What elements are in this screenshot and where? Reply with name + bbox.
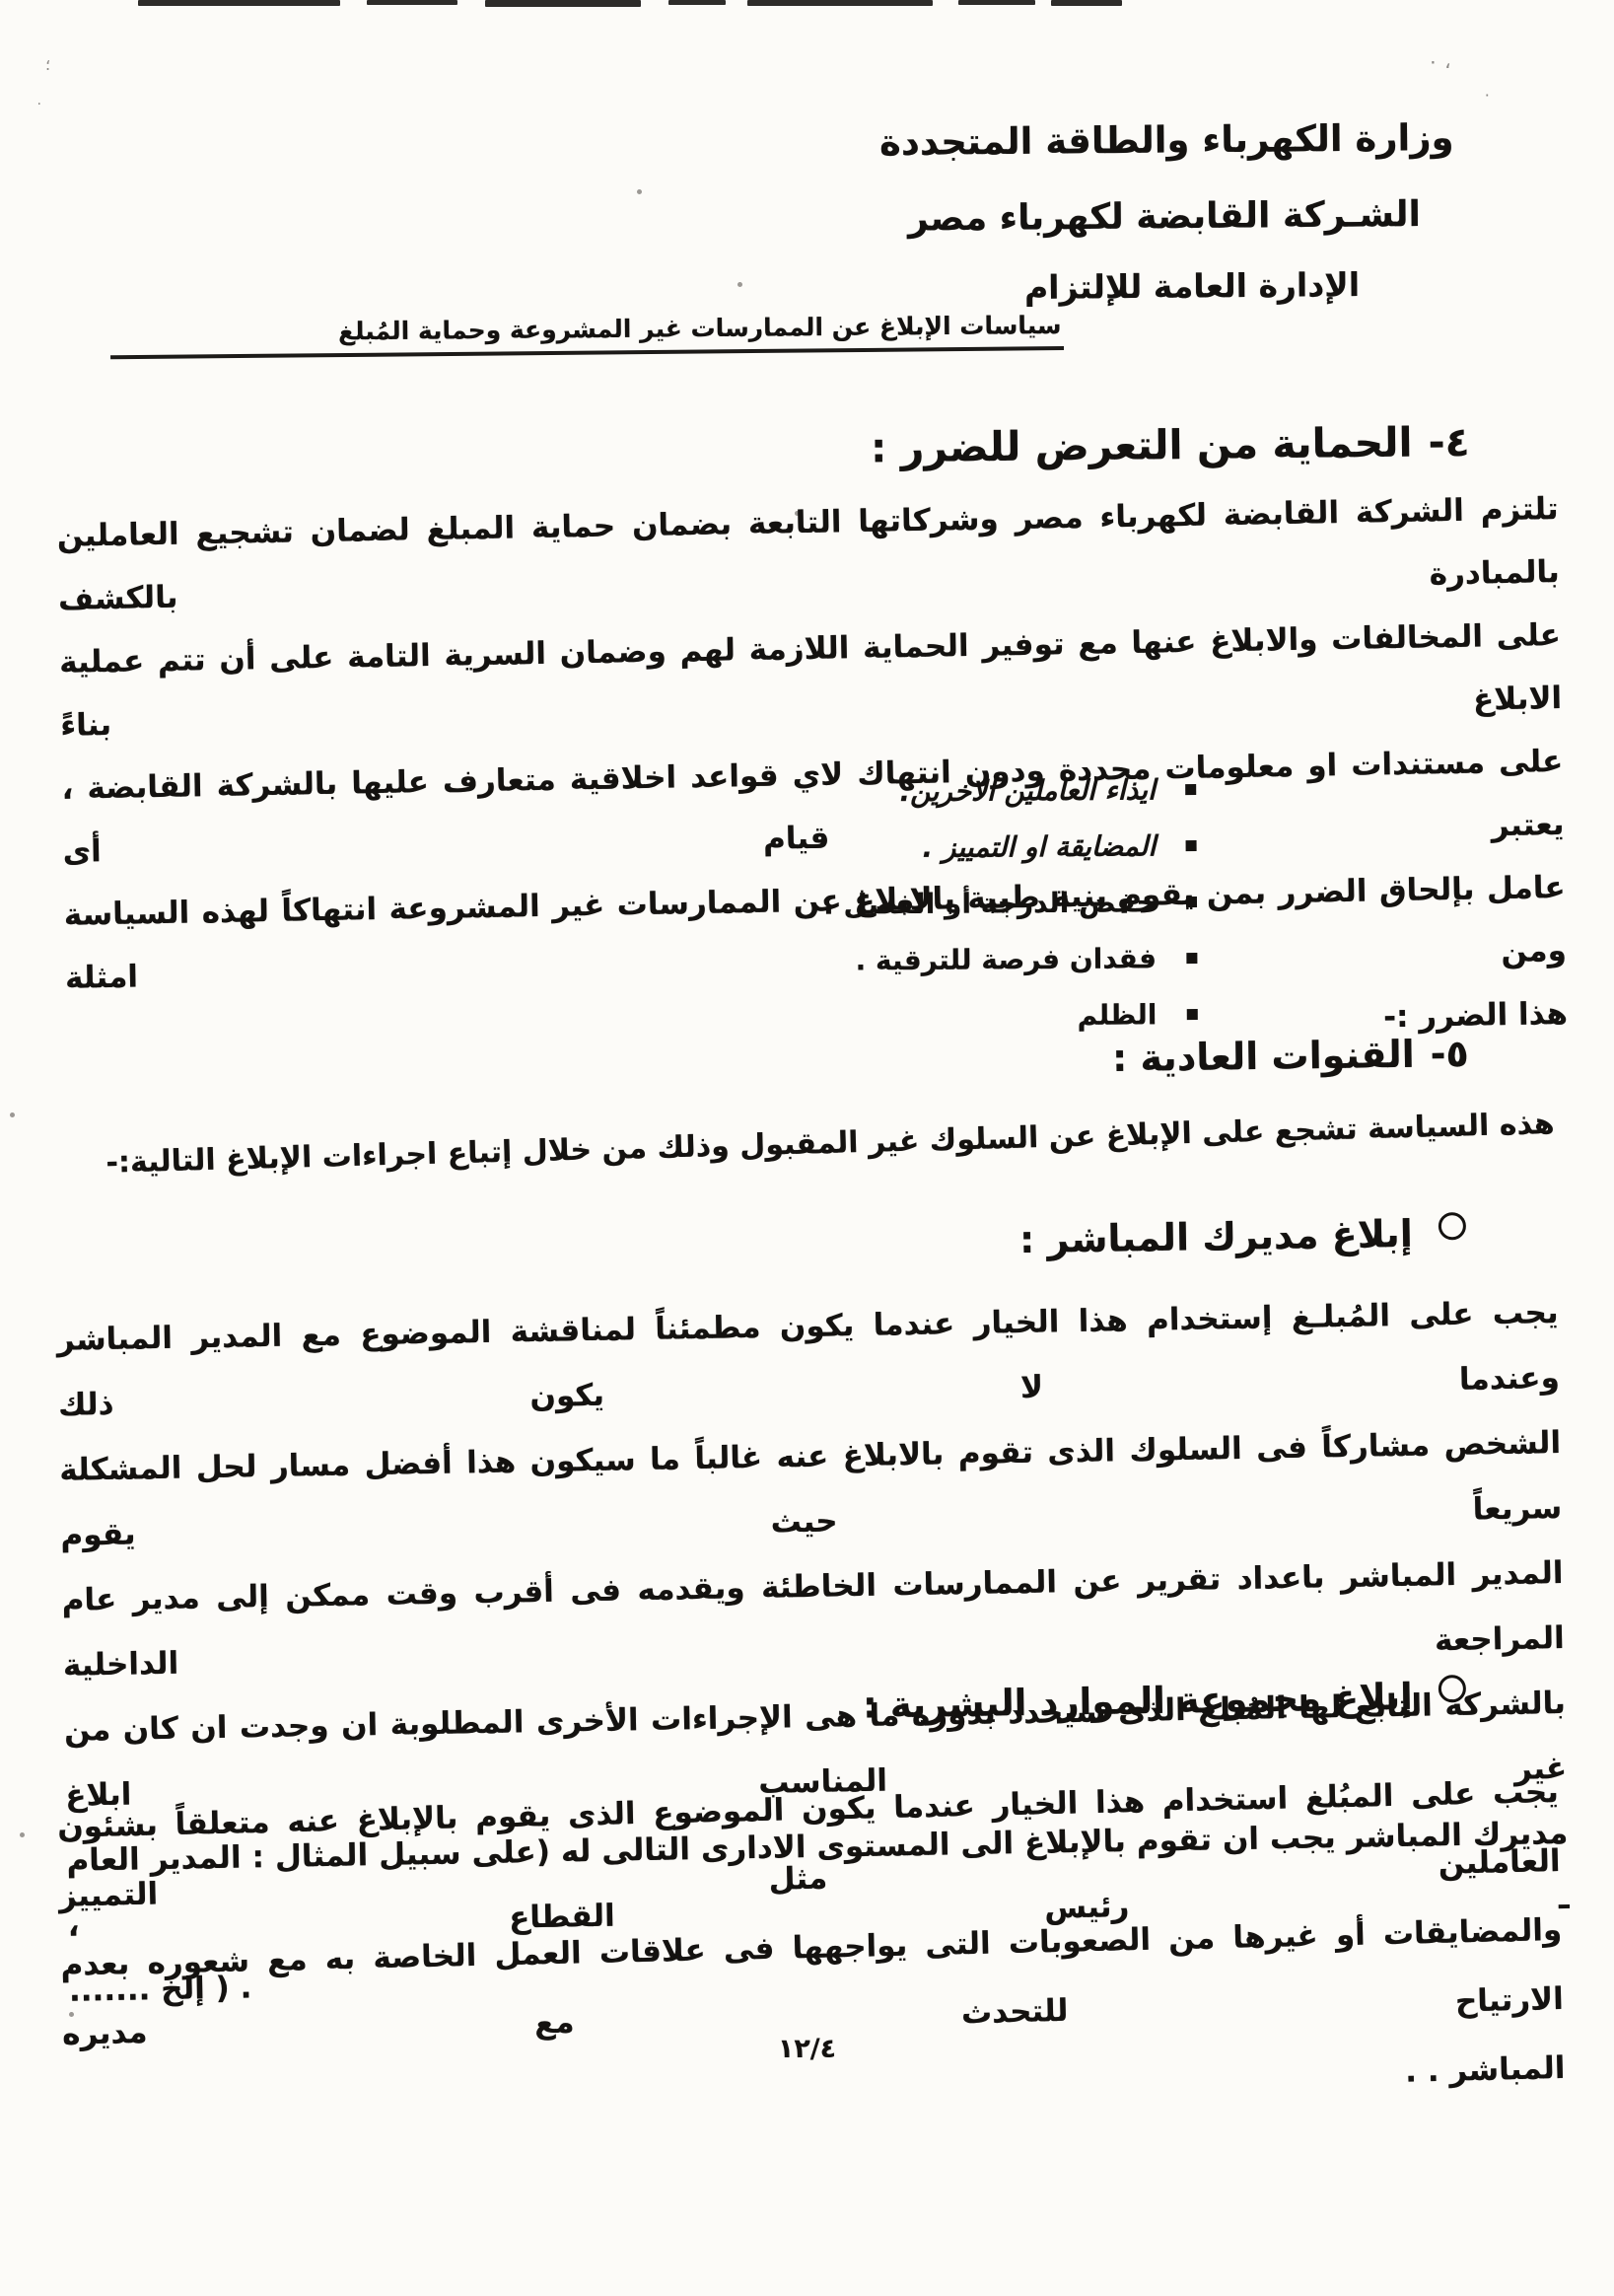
policy-title: سياسات الإبلاغ عن الممارسات غير المشروعة… (338, 311, 1062, 345)
hr-group-title: إبلاغ مجموعة الموارد البشرية : (863, 1676, 1413, 1727)
paragraph-protection: تلتزم الشركة القابضة لكهرباء مصر وشركاته… (56, 477, 1568, 1073)
company-name: الشـركة القابضة لكهرباء مصر (908, 194, 1421, 240)
scan-artifact-dash (958, 0, 1035, 5)
scan-speck: ، ٠ (1428, 51, 1451, 71)
scan-speck (637, 189, 642, 194)
section-5-number: ٥- (1431, 1032, 1470, 1076)
scanned-document-page: ، ٠ ٠ ؛ ٠ وزارة الكهرباء والطاقة المتجدد… (0, 0, 1614, 2296)
channels-intro-line: هذه السياسة تشجع على الإبلاغ عن السلوك غ… (105, 1107, 1555, 1181)
square-bullet-icon (1187, 1009, 1198, 1020)
harm-item-text: الظلم (1078, 998, 1158, 1032)
scan-artifact-dash (367, 0, 457, 5)
scan-speck (10, 1112, 15, 1117)
circle-bullet-icon (1439, 1675, 1466, 1702)
ministry-name: وزارة الكهرباء والطاقة المتجددة (879, 116, 1454, 164)
harm-item-text: ايذاء العاملين الاخرين. (900, 773, 1157, 808)
scan-speck: ٠ (1483, 87, 1492, 103)
square-bullet-icon (1185, 784, 1196, 795)
list-item: خفض الدرجة أو الفصل . (823, 874, 1197, 933)
direct-manager-heading: إبلاغ مديرك المباشر : (1019, 1211, 1466, 1261)
harm-item-text: فقدان فرصة للترقية . (856, 942, 1158, 976)
scan-artifact-dash (747, 0, 933, 6)
scan-speck: ٠ (35, 97, 43, 110)
paragraph-hr-group: يجب على المبُلغ استخدام هذا الخيار عندما… (56, 1758, 1566, 2138)
list-item: المضايقة او التمييز . (823, 818, 1197, 877)
scan-speck: ؛ (45, 57, 50, 73)
list-item: ايذاء العاملين الاخرين. (822, 761, 1196, 821)
scan-artifact-dash (485, 0, 641, 7)
section-4-title: الحماية من التعرض للضرر : (871, 419, 1413, 472)
section-5-title: القنوات العادية : (1112, 1033, 1415, 1080)
square-bullet-icon (1186, 897, 1197, 907)
circle-bullet-icon (1439, 1212, 1466, 1240)
scan-artifact-dash (1051, 0, 1122, 6)
harm-examples-list: ايذاء العاملين الاخرين. المضايقة او التم… (822, 761, 1198, 1045)
department-name: الإدارة العامة للإلتزام (1024, 265, 1360, 307)
square-bullet-icon (1186, 953, 1197, 964)
direct-manager-title: إبلاغ مديرك المباشر : (1019, 1212, 1413, 1261)
section-4-heading: ٤-الحماية من التعرض للضرر : (871, 418, 1470, 471)
scan-speck (737, 282, 742, 287)
scan-artifact-dash (138, 0, 340, 6)
harm-item-text: خفض الدرجة أو الفصل . (823, 886, 1157, 920)
scan-artifact-dash (668, 0, 726, 5)
section-4-number: ٤- (1429, 418, 1471, 466)
scan-speck (20, 1832, 25, 1837)
square-bullet-icon (1186, 840, 1197, 851)
list-item: فقدان فرصة للترقية . (824, 930, 1198, 989)
page-number: ١٢/٤ (0, 2034, 1614, 2064)
letterhead-underline (110, 346, 1064, 359)
section-5-heading: ٥-القنوات العادية : (1112, 1032, 1469, 1080)
harm-item-text: المضايقة او التمييز . (923, 829, 1157, 864)
